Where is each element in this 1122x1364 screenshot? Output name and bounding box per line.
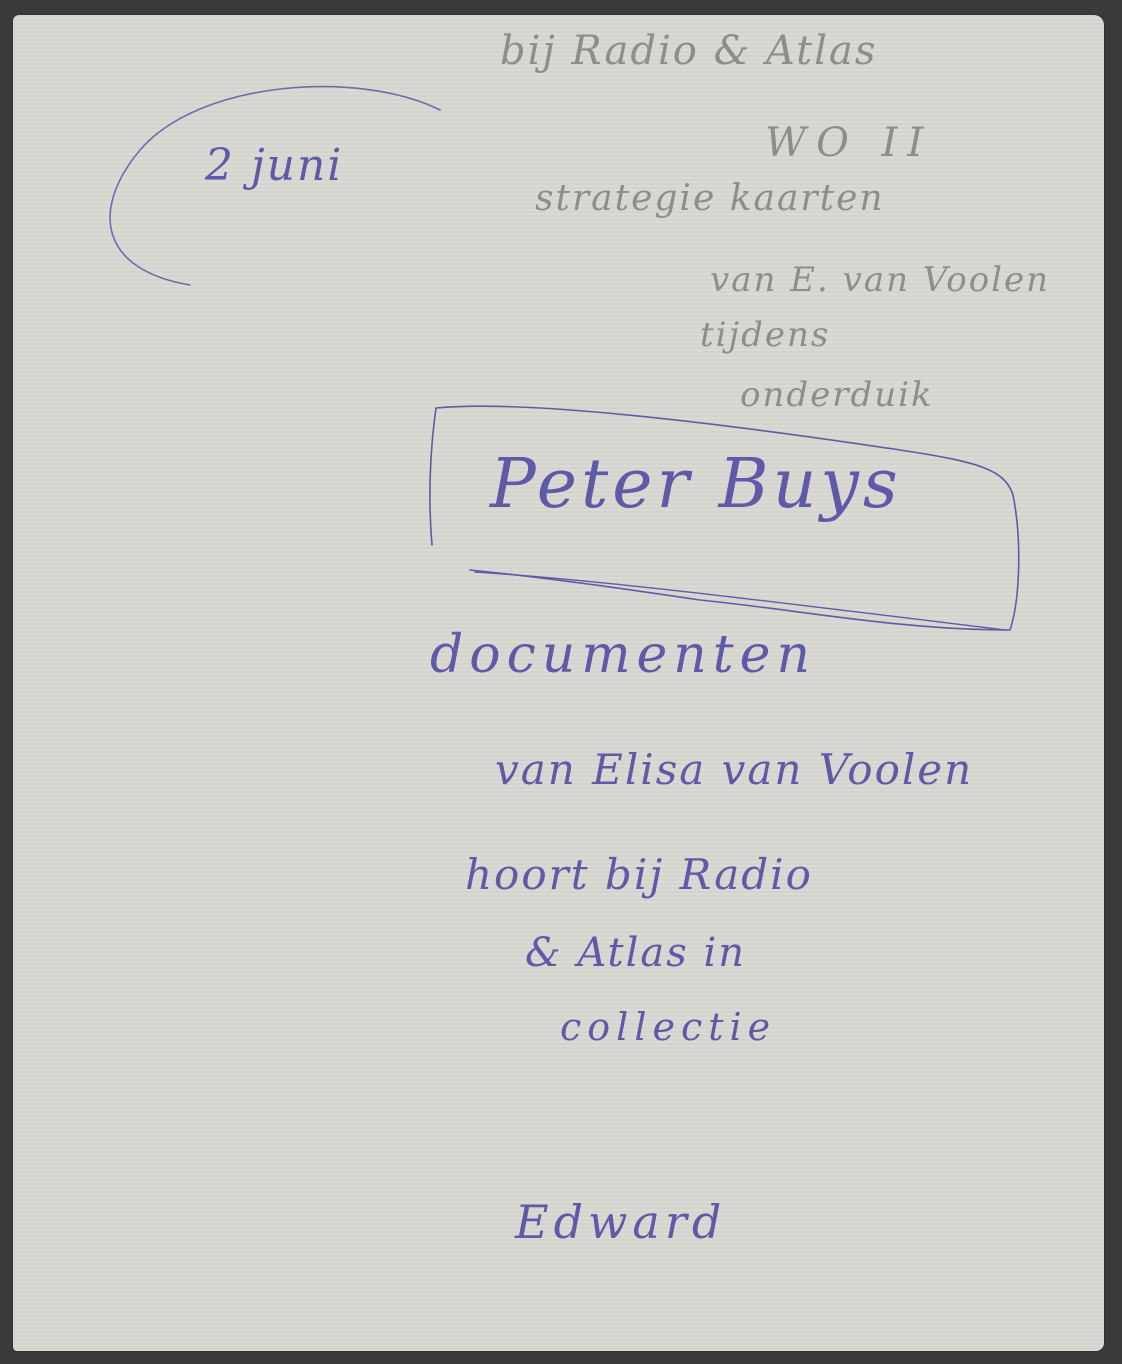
pencil-line: van E. van Voolen [710,260,1050,300]
pencil-line: tijdens [700,315,830,355]
boxed-name: Peter Buys [490,445,902,524]
name-underline-stroke [475,572,1005,630]
pencil-line: strategie kaarten [535,178,885,219]
pencil-line: WO II [765,120,933,166]
pencil-line: onderduik [740,375,934,415]
date-note: 2 juni [205,140,343,191]
signature: Edward [515,1195,726,1249]
ink-line: collectie [560,1005,776,1049]
ink-line: hoort bij Radio [465,850,813,899]
ink-line: documenten [430,625,816,685]
pencil-line: bij Radio & Atlas [500,28,877,74]
ink-line: & Atlas in [525,930,746,976]
ink-line: van Elisa van Voolen [495,745,973,794]
